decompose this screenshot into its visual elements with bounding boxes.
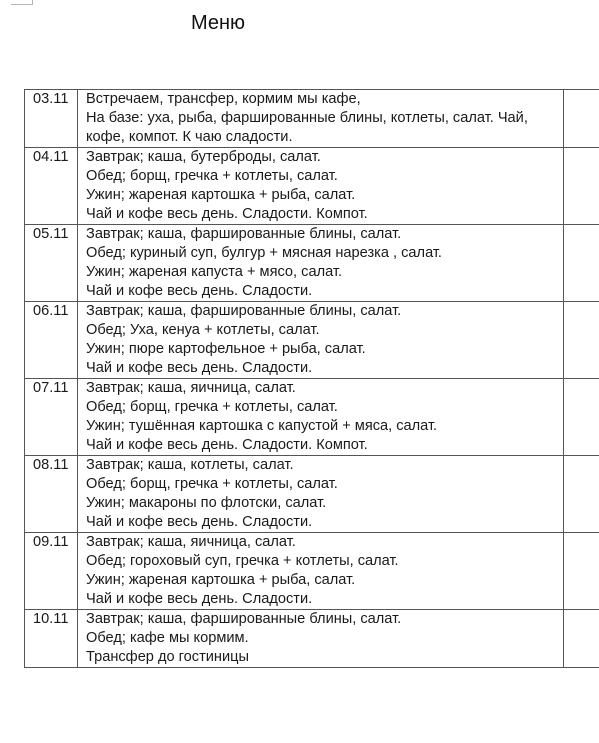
- drinks-line: Чай и кофе весь день. Сладости.: [86, 513, 563, 532]
- lunch-line: Обед; борщ, гречка + котлеты, салат.: [86, 398, 563, 417]
- menu-cell: Завтрак; каша, котлеты, салат. Обед; бор…: [78, 456, 564, 533]
- lunch-line: Обед; куриный суп, булгур + мясная нарез…: [86, 244, 563, 263]
- extra-cell: [564, 90, 599, 148]
- dinner-line: Ужин; жареная капуста + мясо, салат.: [86, 263, 563, 282]
- dinner-line: Ужин; тушённая картошка с капустой + мяс…: [86, 417, 563, 436]
- menu-cell: Завтрак; каша, фаршированные блины, сала…: [78, 610, 564, 668]
- date-cell: 04.11: [25, 148, 78, 225]
- drinks-line: Чай и кофе весь день. Сладости. Компот.: [86, 205, 563, 224]
- extra-cell: [564, 379, 599, 456]
- menu-cell: Завтрак; каша, яичница, салат. Обед; бор…: [78, 379, 564, 456]
- date-cell: 09.11: [25, 533, 78, 610]
- extra-cell: [564, 225, 599, 302]
- lunch-line: Обед; борщ, гречка + котлеты, салат.: [86, 475, 563, 494]
- date-label: 07.11: [33, 380, 68, 396]
- date-label: 05.11: [33, 226, 68, 242]
- date-label: 10.11: [33, 611, 68, 627]
- table-row: 04.11 Завтрак; каша, бутерброды, салат. …: [25, 148, 599, 225]
- menu-cell: Встречаем, трансфер, кормим мы кафе, На …: [78, 90, 564, 148]
- date-label: 09.11: [33, 534, 68, 550]
- drinks-line: Чай и кофе весь день. Сладости.: [86, 359, 563, 378]
- extra-cell: [564, 148, 599, 225]
- table-row: 06.11 Завтрак; каша, фаршированные блины…: [25, 302, 599, 379]
- dinner-line: Ужин; жареная картошка + рыба, салат.: [86, 571, 563, 590]
- menu-line: Встречаем, трансфер, кормим мы кафе,: [86, 90, 563, 109]
- menu-line: На базе: уха, рыба, фаршированные блины,…: [86, 109, 563, 128]
- lunch-line: Обед; Уха, кенуа + котлеты, салат.: [86, 321, 563, 340]
- page-title: Меню: [0, 12, 436, 35]
- table-row: 03.11 Встречаем, трансфер, кормим мы каф…: [25, 90, 599, 148]
- breakfast-line: Завтрак; каша, яичница, салат.: [86, 533, 563, 552]
- date-label: 03.11: [33, 91, 68, 107]
- table-row: 10.11 Завтрак; каша, фаршированные блины…: [25, 610, 599, 668]
- menu-table: 03.11 Встречаем, трансфер, кормим мы каф…: [24, 89, 599, 668]
- extra-cell: [564, 302, 599, 379]
- dinner-line: Ужин; пюре картофельное + рыба, салат.: [86, 340, 563, 359]
- lunch-line: Обед; кафе мы кормим.: [86, 629, 563, 648]
- menu-line: кофе, компот. К чаю сладости.: [86, 128, 563, 147]
- table-row: 08.11 Завтрак; каша, котлеты, салат. Обе…: [25, 456, 599, 533]
- extra-cell: [564, 610, 599, 668]
- dinner-line: Ужин; макароны по флотски, салат.: [86, 494, 563, 513]
- date-cell: 06.11: [25, 302, 78, 379]
- page-corner-mark: [11, 0, 33, 5]
- breakfast-line: Завтрак; каша, яичница, салат.: [86, 379, 563, 398]
- table-row: 05.11 Завтрак; каша, фаршированные блины…: [25, 225, 599, 302]
- table-row: 09.11 Завтрак; каша, яичница, салат. Обе…: [25, 533, 599, 610]
- drinks-line: Чай и кофе весь день. Сладости.: [86, 282, 563, 301]
- date-label: 06.11: [33, 303, 68, 319]
- date-cell: 08.11: [25, 456, 78, 533]
- breakfast-line: Завтрак; каша, фаршированные блины, сала…: [86, 302, 563, 321]
- date-cell: 07.11: [25, 379, 78, 456]
- breakfast-line: Завтрак; каша, бутерброды, салат.: [86, 148, 563, 167]
- table-row: 07.11 Завтрак; каша, яичница, салат. Обе…: [25, 379, 599, 456]
- date-cell: 10.11: [25, 610, 78, 668]
- lunch-line: Обед; борщ, гречка + котлеты, салат.: [86, 167, 563, 186]
- breakfast-line: Завтрак; каша, фаршированные блины, сала…: [86, 610, 563, 629]
- date-cell: 05.11: [25, 225, 78, 302]
- lunch-line: Обед; гороховый суп, гречка + котлеты, с…: [86, 552, 563, 571]
- menu-cell: Завтрак; каша, яичница, салат. Обед; гор…: [78, 533, 564, 610]
- menu-cell: Завтрак; каша, бутерброды, салат. Обед; …: [78, 148, 564, 225]
- extra-cell: [564, 456, 599, 533]
- drinks-line: Чай и кофе весь день. Сладости. Компот.: [86, 436, 563, 455]
- date-cell: 03.11: [25, 90, 78, 148]
- menu-cell: Завтрак; каша, фаршированные блины, сала…: [78, 225, 564, 302]
- date-label: 08.11: [33, 457, 68, 473]
- dinner-line: Ужин; жареная картошка + рыба, салат.: [86, 186, 563, 205]
- drinks-line: Чай и кофе весь день. Сладости.: [86, 590, 563, 609]
- extra-cell: [564, 533, 599, 610]
- menu-cell: Завтрак; каша, фаршированные блины, сала…: [78, 302, 564, 379]
- date-label: 04.11: [33, 149, 68, 165]
- breakfast-line: Завтрак; каша, котлеты, салат.: [86, 456, 563, 475]
- menu-table-body: 03.11 Встречаем, трансфер, кормим мы каф…: [25, 90, 599, 668]
- transfer-line: Трансфер до гостиницы: [86, 648, 563, 667]
- breakfast-line: Завтрак; каша, фаршированные блины, сала…: [86, 225, 563, 244]
